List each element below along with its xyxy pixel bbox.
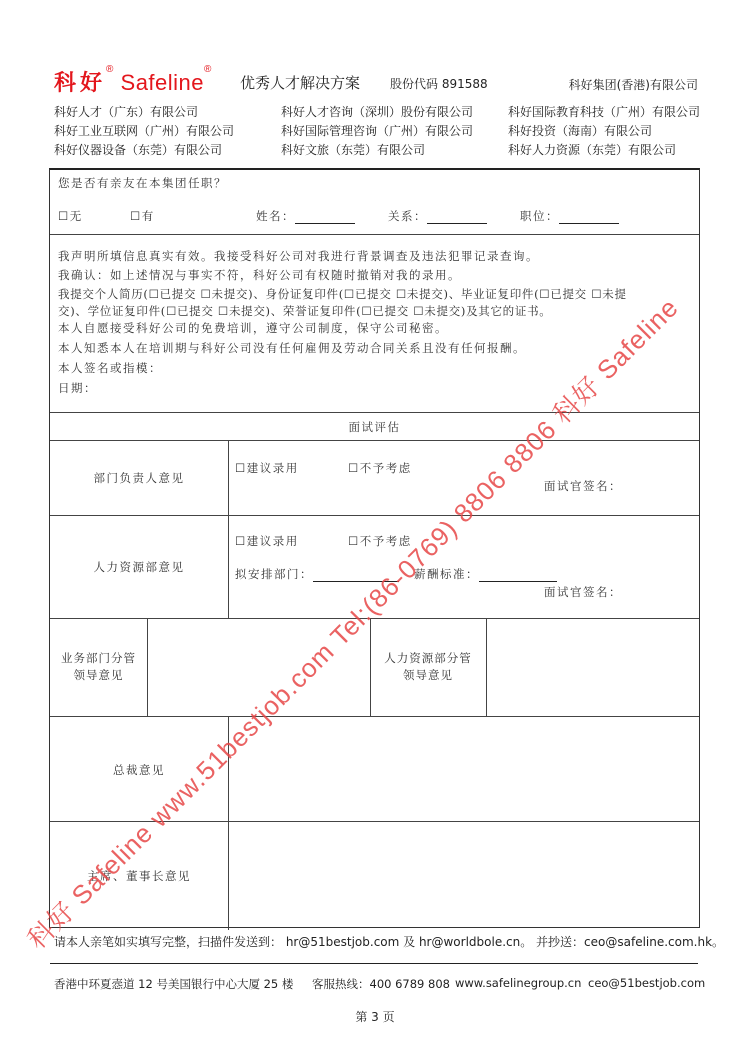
company-item: 科好仪器设备（东莞）有限公司 bbox=[54, 142, 281, 158]
company-item: 科好国际教育科技（广州）有限公司 bbox=[508, 104, 708, 120]
relative-position-label: 职位： bbox=[520, 208, 619, 224]
logo-cn: 科好 bbox=[54, 70, 106, 95]
hr-hire-checkbox[interactable]: ☐建议录用 bbox=[235, 533, 299, 549]
hr-dept-label: 人力资源部意见 bbox=[50, 559, 228, 575]
checkbox-yes[interactable]: ☐有 bbox=[130, 208, 155, 224]
relative-position-field[interactable] bbox=[559, 211, 619, 224]
footer-email[interactable]: ceo@51bestjob.com bbox=[588, 976, 705, 990]
brand-logo: 科好® Safeline® bbox=[54, 66, 212, 97]
footer-website[interactable]: www.safelinegroup.cn bbox=[455, 976, 581, 990]
declaration-line: 本人自愿接受科好公司的免费培训，遵守公司制度，保守公司秘密。 bbox=[58, 320, 448, 336]
declaration-line: 本人知悉本人在培训期与科好公司没有任何雇佣及劳动合同关系且没有任何报酬。 bbox=[58, 340, 526, 356]
relatives-question: 您是否有亲友在本集团任职？ bbox=[58, 175, 227, 191]
declaration-line: 交)、学位证复印件(☐已提交 ☐未提交)、荣誉证复印件(☐已提交 ☐未提交)及其… bbox=[58, 303, 551, 319]
signature-label: 本人签名或指模： bbox=[58, 360, 162, 376]
relative-name-label: 姓名： bbox=[256, 208, 355, 224]
company-item: 科好人才咨询（深圳）股份有限公司 bbox=[281, 104, 508, 120]
footer-address: 香港中环夏悫道 12 号美国银行中心大厦 25 楼 bbox=[54, 976, 293, 992]
salary-field[interactable] bbox=[479, 569, 557, 582]
biz-leader-label-1: 业务部门分管 bbox=[50, 650, 147, 666]
dept-head-reject-checkbox[interactable]: ☐不予考虑 bbox=[348, 460, 412, 476]
biz-leader-label-2: 领导意见 bbox=[50, 667, 147, 683]
evaluation-title: 面试评估 bbox=[50, 419, 699, 435]
hr-sign-label: 面试官签名： bbox=[544, 584, 622, 600]
company-item: 科好人才（广东）有限公司 bbox=[54, 104, 281, 120]
chairman-label: 主席、董事长意见 bbox=[50, 868, 228, 884]
relation-field[interactable] bbox=[427, 211, 487, 224]
hr-leader-label-1: 人力资源部分管 bbox=[370, 650, 486, 666]
registered-mark: ® bbox=[106, 64, 114, 75]
declaration-line: 我提交个人简历(☐已提交 ☐未提交)、身份证复印件(☐已提交 ☐未提交)、毕业证… bbox=[58, 286, 627, 302]
hr-leader-label-2: 领导意见 bbox=[370, 667, 486, 683]
company-item: 科好文旅（东莞）有限公司 bbox=[281, 142, 508, 158]
relative-name-field[interactable] bbox=[295, 211, 355, 224]
company-item: 科好国际管理咨询（广州）有限公司 bbox=[281, 123, 508, 139]
application-form: 您是否有亲友在本集团任职？ ☐无 ☐有 姓名： 关系： 职位： 我声明所填信息真… bbox=[49, 168, 700, 928]
salary-label: 薪酬标准： bbox=[414, 566, 557, 582]
declaration-line: 我声明所填信息真实有效。我接受科好公司对我进行背景调查及违法犯罪记录查询。 bbox=[58, 248, 539, 264]
submission-note: 请本人亲笔如实填写完整，扫描件发送到： hr@51bestjob.com 及 h… bbox=[54, 933, 724, 950]
company-item: 科好投资（海南）有限公司 bbox=[508, 123, 708, 139]
relation-label: 关系： bbox=[388, 208, 487, 224]
declaration-line: 我确认：如上述情况与事实不符，科好公司有权随时撤销对我的录用。 bbox=[58, 267, 461, 283]
assign-dept-label: 拟安排部门： bbox=[235, 566, 399, 582]
page-number: 第 3 页 bbox=[0, 1008, 750, 1025]
dept-head-label: 部门负责人意见 bbox=[50, 470, 228, 486]
date-label: 日期： bbox=[58, 380, 97, 396]
stock-code: 股份代码 891588 bbox=[390, 75, 488, 92]
footer-hotline: 客服热线：400 6789 808 bbox=[312, 976, 450, 992]
registered-mark-2: ® bbox=[204, 64, 212, 75]
dept-head-hire-checkbox[interactable]: ☐建议录用 bbox=[235, 460, 299, 476]
dept-head-sign-label: 面试官签名： bbox=[544, 478, 622, 494]
hr-reject-checkbox[interactable]: ☐不予考虑 bbox=[348, 533, 412, 549]
checkbox-no[interactable]: ☐无 bbox=[58, 208, 83, 224]
slogan: 优秀人才解决方案 bbox=[240, 72, 360, 93]
footer-divider bbox=[50, 963, 698, 964]
company-list: 科好人才（广东）有限公司 科好人才咨询（深圳）股份有限公司 科好国际教育科技（广… bbox=[54, 104, 704, 158]
hk-company: 科好集团(香港)有限公司 bbox=[569, 76, 698, 93]
logo-en: Safeline bbox=[121, 70, 205, 95]
ceo-label: 总裁意见 bbox=[50, 762, 228, 778]
company-item: 科好工业互联网（广州）有限公司 bbox=[54, 123, 281, 139]
assign-dept-field[interactable] bbox=[313, 569, 399, 582]
company-item: 科好人力资源（东莞）有限公司 bbox=[508, 142, 708, 158]
